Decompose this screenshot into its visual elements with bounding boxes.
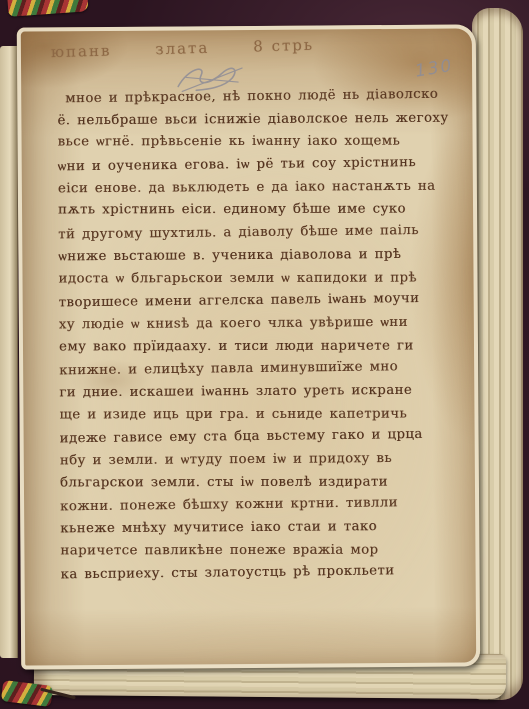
manuscript-text-line: ему вако прїидааху. и тиси люди наричете… bbox=[59, 335, 463, 359]
manuscript-text-line: кьнеже мнѣху мучитисе іако стаи и тако bbox=[60, 516, 464, 542]
header-word: 8 стрь bbox=[253, 36, 314, 56]
manuscript-text-line: мное и прѣкрасное, нѣ покно людё нь діав… bbox=[65, 83, 461, 111]
manuscript-text-line: вьсе ѡгнё. прѣвьсеніе кь іѡанну іако хощ… bbox=[58, 131, 462, 155]
manuscript-text-line: еіси енове. да вьклюдеть е да іако наста… bbox=[58, 175, 462, 201]
manuscript-text-line: нбу и земли. и ѡтуду поем іѡ и придоху в… bbox=[60, 448, 464, 474]
manuscript-text-line: ка вьсприеху. сты златоустць рѣ прокльет… bbox=[60, 560, 464, 588]
manuscript-text-line: идоста ѡ бльгарьскои земли ѡ капидоки и … bbox=[58, 267, 462, 291]
endband-top bbox=[8, 0, 89, 17]
manuscript-text-line: ѡниже вьстаюше в. ученика діаволова и пр… bbox=[58, 243, 462, 269]
manuscript-text-line: ги дние. искашеи іѡаннь злато уреть искр… bbox=[59, 379, 463, 405]
manuscript-text-line: ё. нельбраше вьси існижіе діаволское нел… bbox=[57, 107, 461, 133]
header-word: юпанв bbox=[51, 41, 112, 61]
facing-page-edge bbox=[0, 46, 18, 658]
manuscript-text-line: пѫть хрістнинь еіси. единому бѣше име су… bbox=[58, 199, 462, 223]
book-photo: юпанв злата 8 стрь 130 мное и прѣкрасное… bbox=[0, 0, 529, 709]
header-word: злата bbox=[155, 39, 209, 58]
manuscript-page: юпанв злата 8 стрь 130 мное и прѣкрасное… bbox=[17, 24, 480, 669]
manuscript-text-line: ху людіе ѡ книѕѣ да коего члка увѣрише ѡ… bbox=[59, 311, 463, 337]
manuscript-text-block: мное и прѣкрасное, нѣ покно людё нь діав… bbox=[57, 85, 464, 587]
